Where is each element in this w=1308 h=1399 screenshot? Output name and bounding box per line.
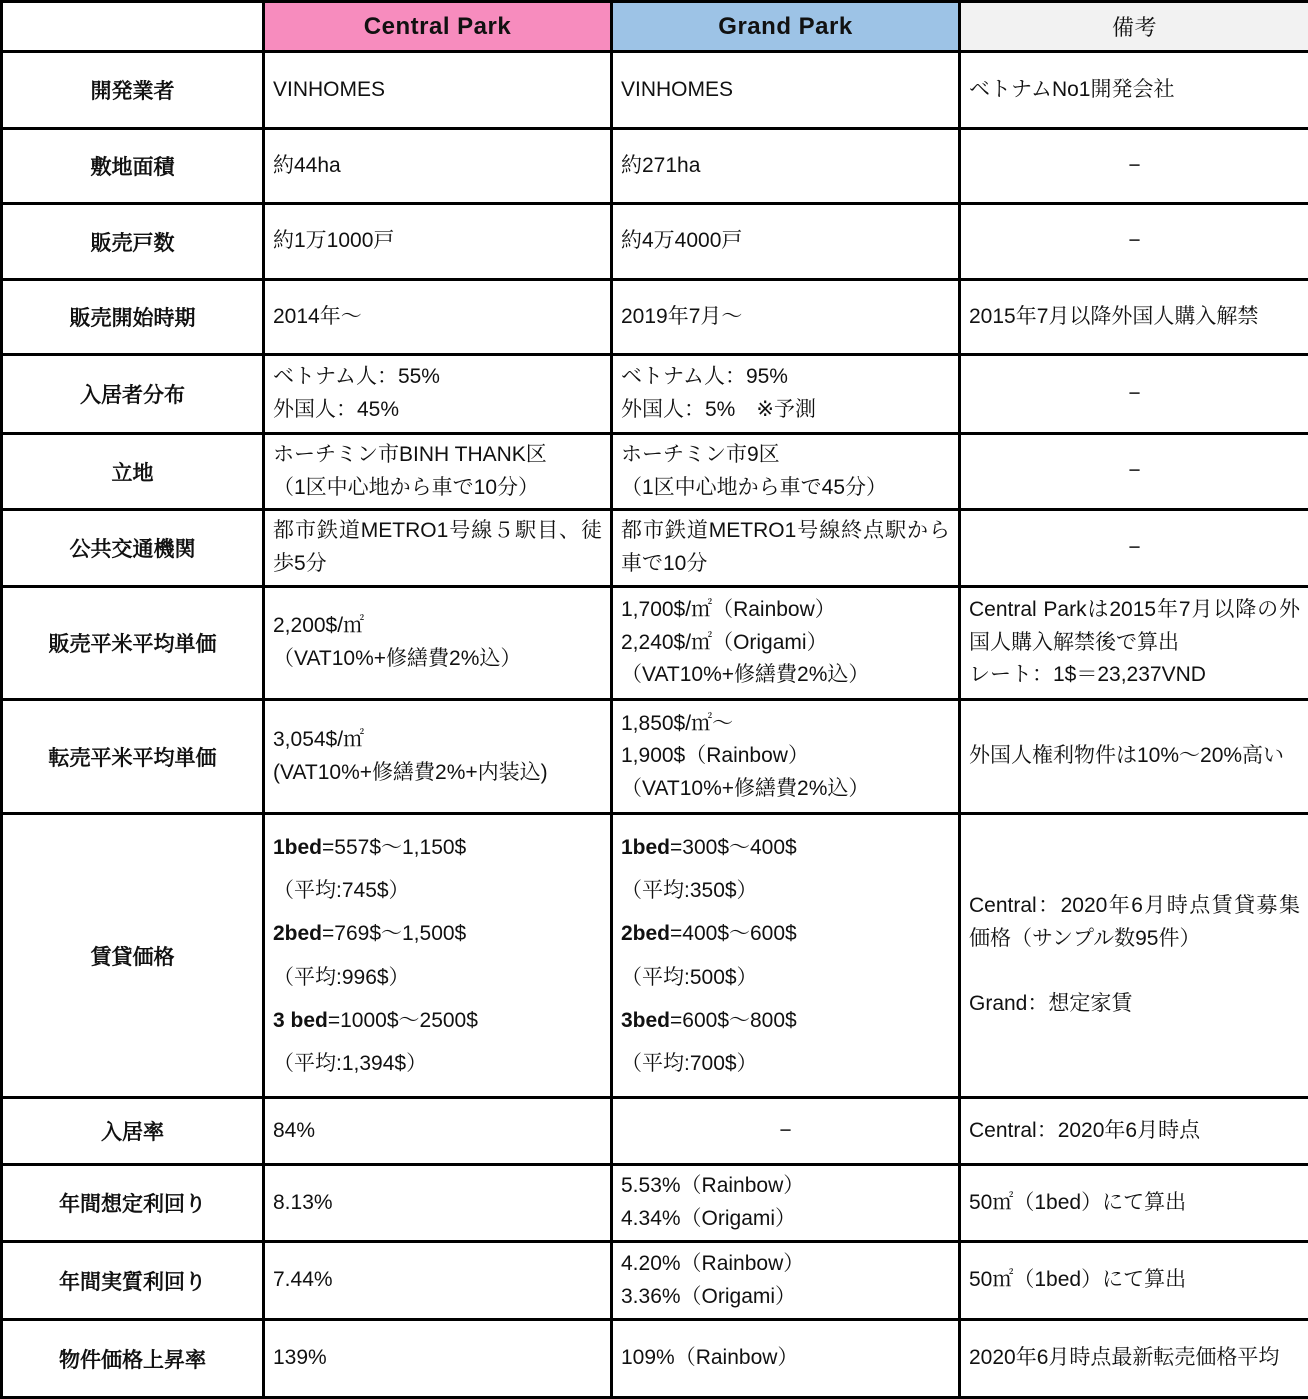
row-label: 販売開始時期 — [2, 280, 264, 355]
cell-remarks: − — [960, 510, 1308, 587]
cell-line: （VAT10%+修繕費2%込） — [273, 643, 602, 676]
cell-grand: 約271ha — [612, 129, 960, 204]
cell-grand: 2019年7月〜 — [612, 280, 960, 355]
cell-central: 2,200$/㎡（VAT10%+修繕費2%込） — [264, 587, 612, 700]
table-row: 年間想定利回り8.13%5.53%（Rainbow）4.34%（Origami）… — [2, 1165, 1308, 1242]
cell-line: Central：2020年6月時点 — [969, 1115, 1300, 1148]
table-row: 転売平米平均単価3,054$/㎡(VAT10%+修繕費2%+内装込)1,850$… — [2, 700, 1308, 814]
cell-line: 3.36%（Origami） — [621, 1281, 950, 1314]
row-label: 開発業者 — [2, 52, 264, 129]
table-row: 入居率84%−Central：2020年6月時点 — [2, 1098, 1308, 1165]
cell-remarks: Central Parkは2015年7月以降の外国人購入解禁後で算出レート：1$… — [960, 587, 1308, 700]
cell-remarks: 2015年7月以降外国人購入解禁 — [960, 280, 1308, 355]
table-row: 年間実質利回り7.44%4.20%（Rainbow）3.36%（Origami）… — [2, 1242, 1308, 1320]
cell-line: − — [969, 150, 1300, 183]
cell-line: ベトナムNo1開発会社 — [969, 74, 1300, 107]
table-row: 販売戸数約1万1000戸約4万4000戸− — [2, 204, 1308, 280]
cell-line: 84% — [273, 1115, 602, 1148]
cell-remarks: 2020年6月時点最新転売価格平均 — [960, 1320, 1308, 1398]
cell-central: ベトナム人：55%外国人：45% — [264, 355, 612, 434]
cell-line: レート：1$＝23,237VND — [969, 659, 1300, 692]
cell-line: 2,240$/㎡（Origami） — [621, 627, 950, 660]
cell-line: （1区中心地から車で45分） — [621, 472, 950, 505]
cell-remarks: 外国人権利物件は10%〜20%高い — [960, 700, 1308, 814]
row-label: 立地 — [2, 434, 264, 510]
row-label: 入居率 — [2, 1098, 264, 1165]
cell-line: 2015年7月以降外国人購入解禁 — [969, 301, 1300, 334]
cell-remarks: Central：2020年6月時点賃貸募集価格（サンプル数95件） Grand：… — [960, 814, 1308, 1098]
cell-grand: − — [612, 1098, 960, 1165]
row-label: 入居者分布 — [2, 355, 264, 434]
cell-line: （1区中心地から車で10分） — [273, 472, 602, 505]
table-row: 公共交通機関都市鉄道METRO1号線５駅目、徒歩5分都市鉄道METRO1号線終点… — [2, 510, 1308, 587]
row-label: 年間実質利回り — [2, 1242, 264, 1320]
cell-remarks: 50㎡（1bed）にて算出 — [960, 1165, 1308, 1242]
cell-line: （平均:996$） — [273, 956, 602, 999]
cell-line: 都市鉄道METRO1号線終点駅から車で10分 — [621, 515, 950, 580]
cell-line: ホーチミン市9区 — [621, 439, 950, 472]
cell-line: 50㎡（1bed）にて算出 — [969, 1264, 1300, 1297]
table-row: 開発業者VINHOMESVINHOMESベトナムNo1開発会社 — [2, 52, 1308, 129]
cell-line: （平均:1,394$） — [273, 1042, 602, 1085]
header-grand-park: Grand Park — [612, 2, 960, 52]
row-label: 公共交通機関 — [2, 510, 264, 587]
cell-line: Central：2020年6月時点賃貸募集価格（サンプル数95件） — [969, 890, 1300, 955]
cell-line — [969, 956, 1300, 989]
cell-line: （平均:745$） — [273, 869, 602, 912]
cell-grand: 4.20%（Rainbow）3.36%（Origami） — [612, 1242, 960, 1320]
cell-central: 8.13% — [264, 1165, 612, 1242]
cell-grand: 1bed=300$〜400$（平均:350$）2bed=400$〜600$（平均… — [612, 814, 960, 1098]
table-row: 立地ホーチミン市BINH THANK区（1区中心地から車で10分）ホーチミン市9… — [2, 434, 1308, 510]
cell-line: （VAT10%+修繕費2%込） — [621, 659, 950, 692]
cell-line: 都市鉄道METRO1号線５駅目、徒歩5分 — [273, 515, 602, 580]
row-label: 賃貸価格 — [2, 814, 264, 1098]
cell-grand: 約4万4000戸 — [612, 204, 960, 280]
cell-central: 2014年〜 — [264, 280, 612, 355]
cell-line: （平均:500$） — [621, 956, 950, 999]
cell-line: 約271ha — [621, 150, 950, 183]
cell-line: VINHOMES — [273, 74, 602, 107]
table-row: 賃貸価格1bed=557$〜1,150$（平均:745$）2bed=769$〜1… — [2, 814, 1308, 1098]
cell-central: 1bed=557$〜1,150$（平均:745$）2bed=769$〜1,500… — [264, 814, 612, 1098]
cell-line: ホーチミン市BINH THANK区 — [273, 439, 602, 472]
page: Central Park Grand Park 備考 開発業者VINHOMESV… — [0, 0, 1308, 1399]
cell-remarks: − — [960, 204, 1308, 280]
cell-line: 2019年7月〜 — [621, 301, 950, 334]
cell-line: 3bed=600$〜800$ — [621, 999, 950, 1042]
cell-line: （VAT10%+修繕費2%込） — [621, 773, 950, 806]
cell-line: 2bed=769$〜1,500$ — [273, 912, 602, 955]
cell-line: Central Parkは2015年7月以降の外国人購入解禁後で算出 — [969, 594, 1300, 659]
cell-line: 4.20%（Rainbow） — [621, 1248, 950, 1281]
header-blank-cell — [2, 2, 264, 52]
cell-line: （平均:350$） — [621, 869, 950, 912]
row-label: 販売戸数 — [2, 204, 264, 280]
cell-line: 3,054$/㎡ — [273, 724, 602, 757]
cell-grand: 都市鉄道METRO1号線終点駅から車で10分 — [612, 510, 960, 587]
table-row: 物件価格上昇率139%109%（Rainbow）2020年6月時点最新転売価格平… — [2, 1320, 1308, 1398]
cell-line: 外国人：45% — [273, 394, 602, 427]
cell-central: 都市鉄道METRO1号線５駅目、徒歩5分 — [264, 510, 612, 587]
cell-grand: 1,850$/㎡〜1,900$（Rainbow）（VAT10%+修繕費2%込） — [612, 700, 960, 814]
cell-central: 84% — [264, 1098, 612, 1165]
cell-line: 3 bed=1000$〜2500$ — [273, 999, 602, 1042]
row-label: 敷地面積 — [2, 129, 264, 204]
cell-line: 約1万1000戸 — [273, 225, 602, 258]
table-body: 開発業者VINHOMESVINHOMESベトナムNo1開発会社敷地面積約44ha… — [2, 52, 1308, 1398]
cell-grand: VINHOMES — [612, 52, 960, 129]
cell-line: 2bed=400$〜600$ — [621, 912, 950, 955]
cell-remarks: 50㎡（1bed）にて算出 — [960, 1242, 1308, 1320]
cell-line: − — [969, 455, 1300, 488]
cell-line: 1,900$（Rainbow） — [621, 740, 950, 773]
cell-central: 約1万1000戸 — [264, 204, 612, 280]
cell-line: 1,850$/㎡〜 — [621, 708, 950, 741]
cell-remarks: − — [960, 355, 1308, 434]
row-label: 転売平米平均単価 — [2, 700, 264, 814]
cell-line: − — [969, 378, 1300, 411]
header-remarks: 備考 — [960, 2, 1308, 52]
cell-line: 1bed=557$〜1,150$ — [273, 826, 602, 869]
comparison-table: Central Park Grand Park 備考 開発業者VINHOMESV… — [0, 0, 1308, 1399]
table-row: 販売平米平均単価2,200$/㎡（VAT10%+修繕費2%込）1,700$/㎡（… — [2, 587, 1308, 700]
cell-central: ホーチミン市BINH THANK区（1区中心地から車で10分） — [264, 434, 612, 510]
row-label: 年間想定利回り — [2, 1165, 264, 1242]
cell-grand: 109%（Rainbow） — [612, 1320, 960, 1398]
table-row: 入居者分布ベトナム人：55%外国人：45%ベトナム人：95%外国人：5% ※予測… — [2, 355, 1308, 434]
cell-line: VINHOMES — [621, 74, 950, 107]
cell-line: 7.44% — [273, 1264, 602, 1297]
cell-line: 2020年6月時点最新転売価格平均 — [969, 1342, 1300, 1375]
cell-line: 139% — [273, 1342, 602, 1375]
cell-line: 外国人：5% ※予測 — [621, 394, 950, 427]
cell-grand: 1,700$/㎡（Rainbow）2,240$/㎡（Origami）（VAT10… — [612, 587, 960, 700]
cell-line: 1bed=300$〜400$ — [621, 826, 950, 869]
cell-line: (VAT10%+修繕費2%+内装込) — [273, 757, 602, 790]
cell-line: − — [969, 532, 1300, 565]
cell-line: ベトナム人：55% — [273, 361, 602, 394]
cell-grand: ベトナム人：95%外国人：5% ※予測 — [612, 355, 960, 434]
row-label: 販売平米平均単価 — [2, 587, 264, 700]
cell-line: ベトナム人：95% — [621, 361, 950, 394]
cell-line: 約44ha — [273, 150, 602, 183]
cell-line: 2014年〜 — [273, 301, 602, 334]
cell-line: Grand：想定家賃 — [969, 988, 1300, 1021]
cell-remarks: Central：2020年6月時点 — [960, 1098, 1308, 1165]
cell-line: 8.13% — [273, 1187, 602, 1220]
cell-line: − — [969, 225, 1300, 258]
cell-remarks: ベトナムNo1開発会社 — [960, 52, 1308, 129]
cell-line: 109%（Rainbow） — [621, 1342, 950, 1375]
cell-line: 約4万4000戸 — [621, 225, 950, 258]
cell-line: 4.34%（Origami） — [621, 1203, 950, 1236]
header-central-park: Central Park — [264, 2, 612, 52]
table-row: 販売開始時期2014年〜2019年7月〜2015年7月以降外国人購入解禁 — [2, 280, 1308, 355]
cell-central: 7.44% — [264, 1242, 612, 1320]
cell-central: 3,054$/㎡(VAT10%+修繕費2%+内装込) — [264, 700, 612, 814]
cell-line: 5.53%（Rainbow） — [621, 1170, 950, 1203]
cell-line: − — [621, 1115, 950, 1148]
cell-line: 外国人権利物件は10%〜20%高い — [969, 740, 1300, 773]
cell-line: （平均:700$） — [621, 1042, 950, 1085]
header-row: Central Park Grand Park 備考 — [2, 2, 1308, 52]
cell-line: 1,700$/㎡（Rainbow） — [621, 594, 950, 627]
cell-central: VINHOMES — [264, 52, 612, 129]
cell-central: 139% — [264, 1320, 612, 1398]
cell-line: 50㎡（1bed）にて算出 — [969, 1187, 1300, 1220]
cell-line: 2,200$/㎡ — [273, 610, 602, 643]
cell-remarks: − — [960, 434, 1308, 510]
table-row: 敷地面積約44ha約271ha− — [2, 129, 1308, 204]
cell-grand: ホーチミン市9区（1区中心地から車で45分） — [612, 434, 960, 510]
cell-grand: 5.53%（Rainbow）4.34%（Origami） — [612, 1165, 960, 1242]
cell-remarks: − — [960, 129, 1308, 204]
cell-central: 約44ha — [264, 129, 612, 204]
row-label: 物件価格上昇率 — [2, 1320, 264, 1398]
